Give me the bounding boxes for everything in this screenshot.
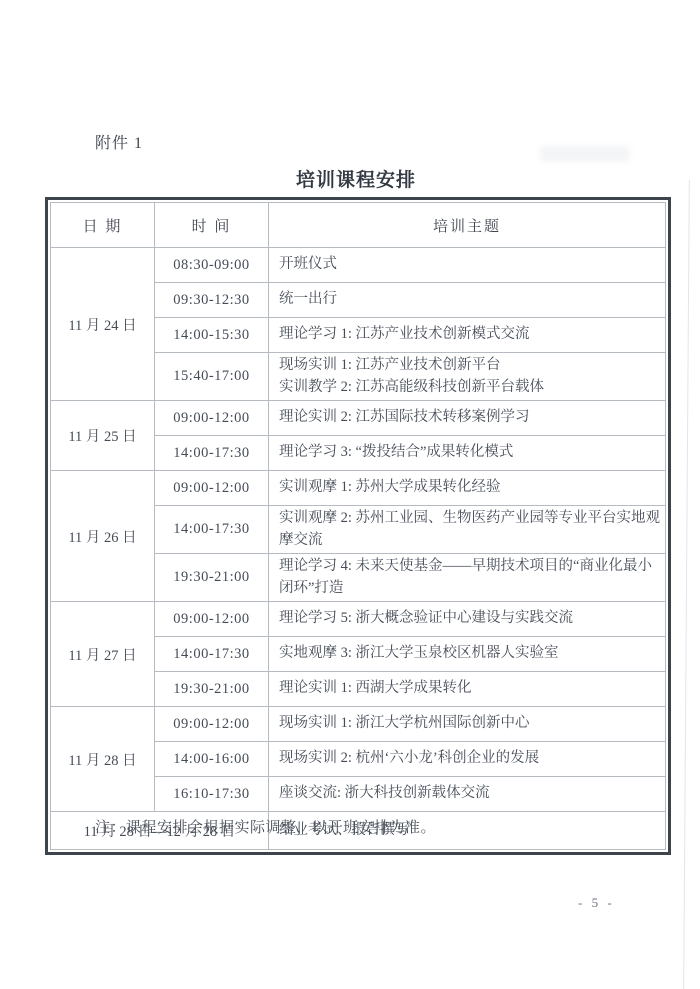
schedule-table-grid: 日 期 时 间 培训主题 11 月 24 日 08:30-09:00 开班仪式 …: [50, 202, 666, 850]
topic-cell: 现场实训 1: 浙江大学杭州国际创新中心: [269, 707, 666, 742]
col-header-time: 时 间: [155, 203, 269, 248]
time-cell: 14:00-17:30: [155, 436, 269, 471]
date-cell: 11 月 25 日: [51, 401, 155, 471]
attachment-label: 附件 1: [95, 130, 143, 153]
time-cell: 09:00-12:00: [155, 707, 269, 742]
time-cell: 08:30-09:00: [155, 248, 269, 283]
page-number: - 5 -: [578, 895, 615, 911]
scan-edge-line: [683, 180, 690, 989]
topic-cell: 统一出行: [269, 283, 666, 318]
date-cell: 11 月 28 日: [51, 707, 155, 812]
col-header-topic: 培训主题: [269, 203, 666, 248]
time-cell: 19:30-21:00: [155, 672, 269, 707]
table-row: 11 月 27 日 09:00-12:00 理论学习 5: 浙大概念验证中心建设…: [51, 602, 666, 637]
topic-cell: 开班仪式: [269, 248, 666, 283]
topic-cell: 理论学习 5: 浙大概念验证中心建设与实践交流: [269, 602, 666, 637]
time-cell: 09:00-12:00: [155, 471, 269, 506]
topic-cell: 理论学习 1: 江苏产业技术创新模式交流: [269, 318, 666, 353]
time-cell: 19:30-21:00: [155, 554, 269, 602]
table-row: 11 月 24 日 08:30-09:00 开班仪式: [51, 248, 666, 283]
table-row: 11 月 26 日 09:00-12:00 实训观摩 1: 苏州大学成果转化经验: [51, 471, 666, 506]
topic-cell: 实地观摩 3: 浙江大学玉泉校区机器人实验室: [269, 637, 666, 672]
time-cell: 14:00-17:30: [155, 637, 269, 672]
topic-cell: 理论学习 3: “拨投结合”成果转化模式: [269, 436, 666, 471]
time-cell: 16:10-17:30: [155, 777, 269, 812]
time-cell: 15:40-17:00: [155, 353, 269, 401]
page-title: 培训课程安排: [45, 165, 667, 192]
date-cell: 11 月 26 日: [51, 471, 155, 602]
time-cell: 14:00-17:30: [155, 506, 269, 554]
table-row: 11 月 25 日 09:00-12:00 理论实训 2: 江苏国际技术转移案例…: [51, 401, 666, 436]
time-cell: 14:00-16:00: [155, 742, 269, 777]
topic-cell: 实训观摩 1: 苏州大学成果转化经验: [269, 471, 666, 506]
topic-cell: 理论实训 1: 西湖大学成果转化: [269, 672, 666, 707]
topic-cell: 理论实训 2: 江苏国际技术转移案例学习: [269, 401, 666, 436]
topic-cell: 实训观摩 2: 苏州工业园、生物医药产业园等专业平台实地观摩交流: [269, 506, 666, 554]
time-cell: 09:30-12:30: [155, 283, 269, 318]
footnote: 注：课程安排会根据实际调整，以开班安排为准。: [95, 816, 615, 837]
topic-cell: 现场实训 2: 杭州‘六小龙’科创企业的发展: [269, 742, 666, 777]
topic-cell: 理论学习 4: 未来天使基金——早期技术项目的“商业化最小闭环”打造: [269, 554, 666, 602]
scan-artifact-smudge: [540, 146, 630, 162]
topic-cell: 现场实训 1: 江苏产业技术创新平台 实训教学 2: 江苏高能级科技创新平台载体: [269, 353, 666, 401]
date-cell: 11 月 27 日: [51, 602, 155, 707]
date-cell: 11 月 24 日: [51, 248, 155, 401]
topic-cell: 座谈交流: 浙大科技创新载体交流: [269, 777, 666, 812]
time-cell: 09:00-12:00: [155, 602, 269, 637]
col-header-date: 日 期: [51, 203, 155, 248]
table-row: 11 月 28 日 09:00-12:00 现场实训 1: 浙江大学杭州国际创新…: [51, 707, 666, 742]
time-cell: 09:00-12:00: [155, 401, 269, 436]
header-row: 日 期 时 间 培训主题: [51, 203, 666, 248]
time-cell: 14:00-15:30: [155, 318, 269, 353]
schedule-table: 日 期 时 间 培训主题 11 月 24 日 08:30-09:00 开班仪式 …: [45, 197, 671, 855]
